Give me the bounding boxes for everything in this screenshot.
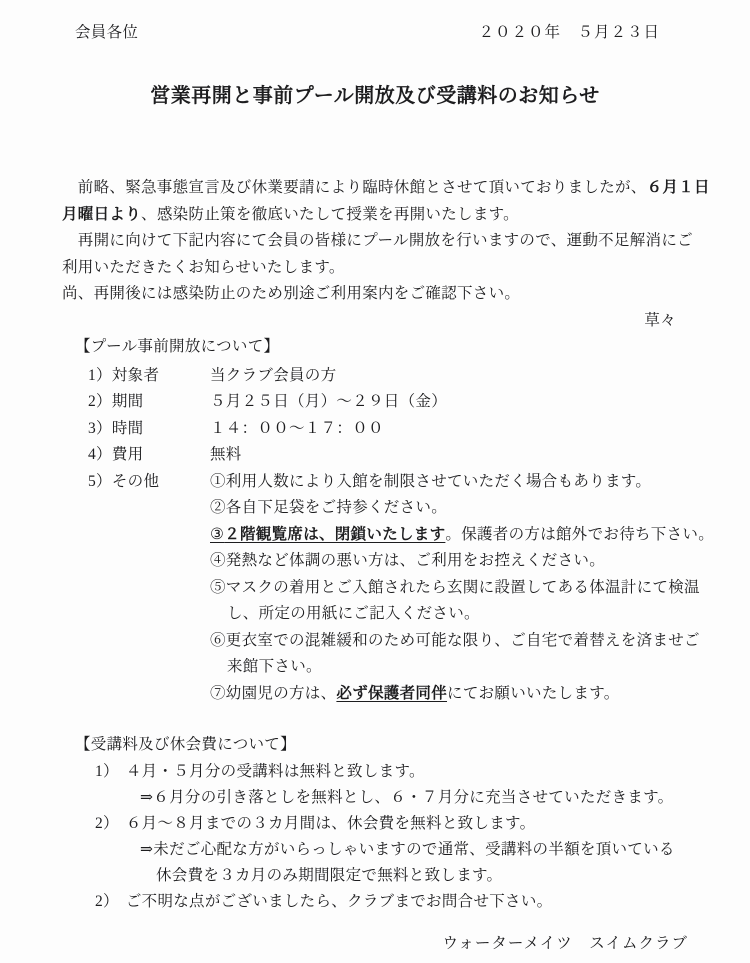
fee-line-4-continuation: 休会費を３カ月のみ期間限定で無料と致します。	[156, 863, 688, 889]
intro-line-5: 尚、再開後には感染防止のため別途ご利用案内をご確認下さい。	[62, 281, 688, 308]
fee-line-text: ６月～８月までの３カ月間は、休会費を無料と致します。	[126, 815, 536, 832]
fee-lines: 1）４月・５月分の受講料は無料と致します。 ⇒６月分の引き落としを無料とし、６・…	[62, 759, 688, 915]
fee-line-text: ご不明な点がございましたら、クラブまでお問合せ下さい。	[126, 893, 553, 910]
fee-line-3: 2）６月～８月までの３カ月間は、休会費を無料と致します。	[95, 811, 688, 837]
intro-line-3: 再開に向けて下記内容にて会員の皆様にプール開放を行いますので、運動不足解消にご	[62, 228, 688, 255]
note-5-line-1: ⑤マスクの着用とご入館されたら玄関に設置してある体温計にて検温	[210, 575, 714, 602]
pool-item-value: ５月２５日（月）～２９日（金）	[210, 389, 447, 416]
intro-line-2-text: 、感染防止策を徹底いたして授業を再開いたします。	[141, 206, 519, 223]
arrow-glyph: ⇒	[140, 789, 153, 806]
pool-item-other: 5）その他 ①利用人数により入館を制限させていただく場合もあります。 ②各自下足…	[88, 469, 688, 708]
pool-items: 1）対象者 当クラブ会員の方 2）期間 ５月２５日（月）～２９日（金） 3）時間…	[88, 363, 688, 708]
fee-line-4-arrow: ⇒未だご心配な方がいらっしゃいますので通常、受講料の半額を頂いている	[140, 837, 688, 863]
item-label-text: その他	[112, 473, 159, 490]
item-number: 1）	[88, 367, 112, 384]
fee-section: 【受講料及び休会費について】 1）４月・５月分の受講料は無料と致します。 ⇒６月…	[62, 732, 688, 915]
pool-section-heading: 【プール事前開放について】	[75, 334, 688, 361]
note-2: ②各自下足袋をご持参ください。	[210, 495, 714, 522]
item-number: 4）	[88, 446, 112, 463]
intro-line-2: 月曜日より、感染防止策を徹底いたして授業を再開いたします。	[62, 202, 688, 229]
item-number: 2）	[88, 393, 112, 410]
intro-line-1: 前略、緊急事態宣言及び休業要請により臨時休館とさせて頂いておりましたが、６月１日	[62, 175, 688, 202]
note-7-bold-underlined: 必ず保護者同伴	[336, 685, 447, 702]
note-4: ④発熱など体調の悪い方は、ご利用をお控えください。	[210, 548, 714, 575]
signature-club-name: ウォーターメイツ スイムクラブ	[62, 931, 688, 957]
pool-item-label: 3）時間	[88, 416, 210, 443]
recipient-line: 会員各位	[75, 20, 138, 46]
note-6-line-2: 来館下さい。	[227, 654, 714, 681]
pool-item-label: 5）その他	[88, 469, 210, 496]
fee-line-2-arrow: ⇒６月分の引き落としを無料とし、６・７月分に充当させていただきます。	[140, 785, 688, 811]
intro-line-1-bold: ６月１日	[647, 179, 710, 196]
pool-item-period: 2）期間 ５月２５日（月）～２９日（金）	[88, 389, 688, 416]
intro-line-2-bold: 月曜日より	[62, 206, 141, 223]
note-3-marker: ③	[210, 526, 224, 543]
note-1: ①利用人数により入館を制限させていただく場合もあります。	[210, 469, 714, 496]
document-page: 会員各位 ２０２０年 ５月２３日 営業再開と事前プール開放及び受講料のお知らせ …	[0, 0, 750, 963]
note-7-pre: ⑦幼園児の方は、	[210, 685, 336, 702]
pool-item-label: 1）対象者	[88, 363, 210, 390]
note-7-rest: にてお願いいたします。	[447, 685, 620, 702]
arrow-glyph: ⇒	[140, 841, 153, 858]
fee-line-number: 1）	[95, 763, 119, 780]
note-7: ⑦幼園児の方は、必ず保護者同伴にてお願いいたします。	[210, 681, 714, 708]
page-title: 営業再開と事前プール開放及び受講料のお知らせ	[62, 82, 688, 111]
fee-line-number: 2）	[95, 815, 119, 832]
pool-item-value: １４：００～１７：００	[210, 416, 384, 443]
pool-item-label: 4）費用	[88, 442, 210, 469]
intro-line-4: 利用いただきたくお知らせいたします。	[62, 255, 688, 282]
note-3-rest: 。保護者の方は館外でお待ち下さい。	[445, 526, 714, 543]
fee-line-text: ４月・５月分の受講料は無料と致します。	[126, 763, 425, 780]
item-number: 5）	[88, 473, 112, 490]
pool-item-time: 3）時間 １４：００～１７：００	[88, 416, 688, 443]
note-6-line-1: ⑥更衣室での混雑緩和のため可能な限り、ご自宅で着替えを済ませご	[210, 628, 714, 655]
pool-item-value: 当クラブ会員の方	[210, 363, 336, 390]
note-5-line-2: し、所定の用紙にご記入ください。	[227, 601, 714, 628]
fee-line-text: 未だご心配な方がいらっしゃいますので通常、受講料の半額を頂いている	[153, 841, 674, 858]
pool-notes: ①利用人数により入館を制限させていただく場合もあります。 ②各自下足袋をご持参く…	[210, 469, 714, 708]
note-3-bold: ２階観覧席は、閉鎖いたします	[224, 526, 445, 543]
item-label-text: 対象者	[112, 367, 159, 384]
pool-item-target: 1）対象者 当クラブ会員の方	[88, 363, 688, 390]
pool-item-label: 2）期間	[88, 389, 210, 416]
closing-sousou: 草々	[62, 308, 676, 335]
fee-line-number: 2）	[95, 893, 119, 910]
document-header: 会員各位 ２０２０年 ５月２３日	[62, 20, 688, 46]
note-3: ③２階観覧席は、閉鎖いたします。保護者の方は館外でお待ち下さい。	[210, 522, 714, 549]
document-date: ２０２０年 ５月２３日	[478, 20, 660, 46]
item-label-text: 費用	[112, 446, 144, 463]
item-number: 3）	[88, 420, 112, 437]
note-3-underlined: ③２階観覧席は、閉鎖いたします	[210, 526, 445, 543]
intro-paragraphs: 前略、緊急事態宣言及び休業要請により臨時休館とさせて頂いておりましたが、６月１日…	[62, 175, 688, 334]
fee-section-heading: 【受講料及び休会費について】	[75, 732, 688, 759]
pool-item-value: 無料	[210, 442, 242, 469]
pool-section: 【プール事前開放について】 1）対象者 当クラブ会員の方 2）期間 ５月２５日（…	[62, 334, 688, 707]
item-label-text: 期間	[112, 393, 144, 410]
fee-line-text: ６月分の引き落としを無料とし、６・７月分に充当させていただきます。	[153, 789, 673, 806]
intro-line-1-text: 前略、緊急事態宣言及び休業要請により臨時休館とさせて頂いておりましたが、	[62, 179, 647, 196]
fee-line-5: 2）ご不明な点がございましたら、クラブまでお問合せ下さい。	[95, 889, 688, 915]
fee-line-1: 1）４月・５月分の受講料は無料と致します。	[95, 759, 688, 785]
pool-item-cost: 4）費用 無料	[88, 442, 688, 469]
item-label-text: 時間	[112, 420, 144, 437]
